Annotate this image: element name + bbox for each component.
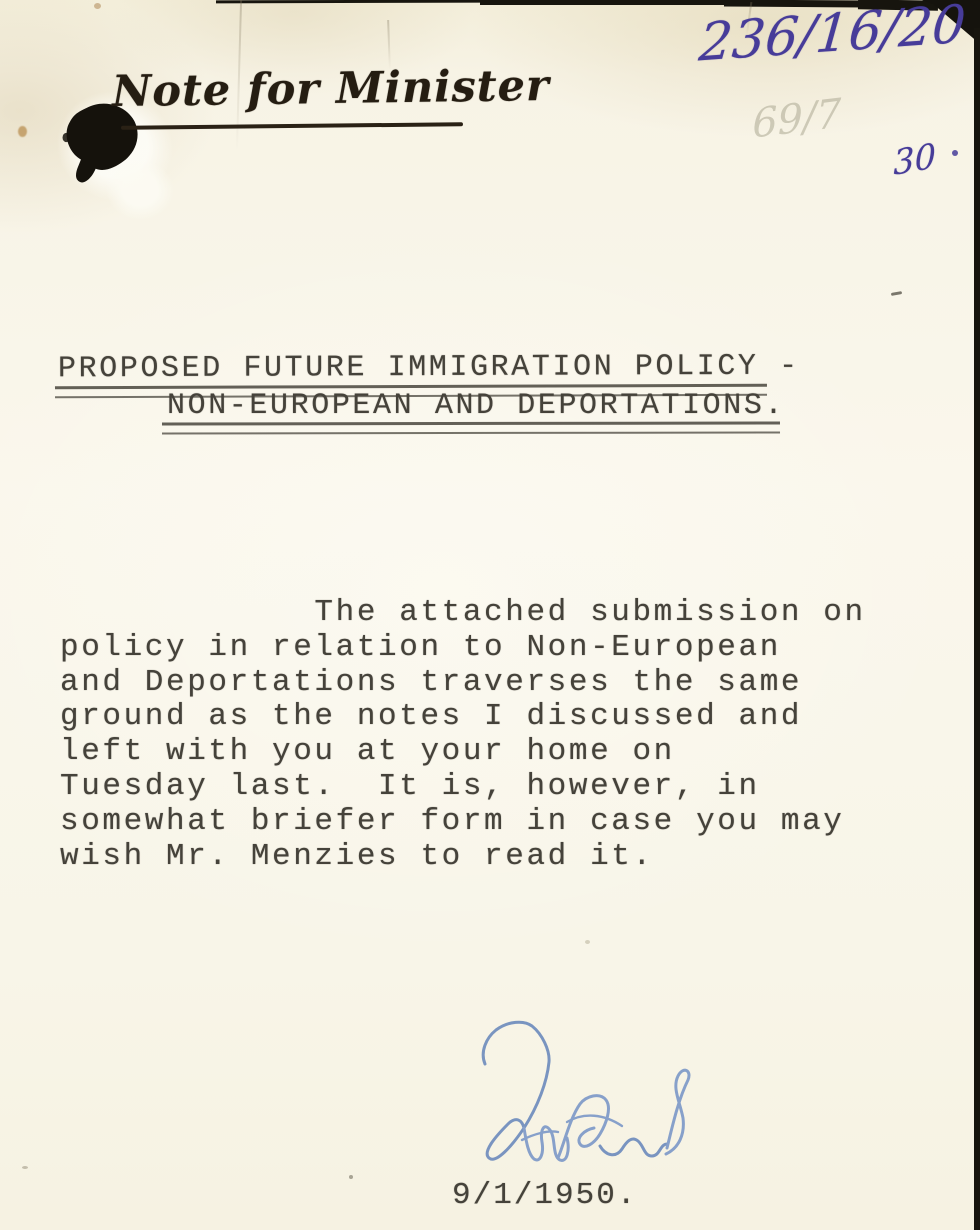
scan-edge-top: [480, 0, 730, 5]
document-date: 9/1/1950.: [452, 1178, 637, 1213]
ink-dot: [952, 150, 958, 156]
pen-mark: [891, 291, 902, 296]
scanned-document-page: Note for Minister 236/16/20 69/7 30 PROP…: [0, 0, 980, 1230]
handwritten-file-reference: 236/16/20: [697, 0, 968, 74]
title-underline: [162, 421, 780, 434]
letterhead-title: Note for Minister: [112, 61, 550, 117]
document-title-line1: PROPOSED FUTURE IMMIGRATION POLICY -: [58, 350, 800, 387]
speck: [22, 1166, 28, 1169]
speck: [585, 940, 590, 944]
document-title-line2: NON-EUROPEAN AND DEPORTATIONS.: [167, 389, 785, 423]
scan-edge-right: [974, 28, 980, 1230]
faint-pencil-reference: 69/7: [752, 90, 842, 147]
scan-edge-top: [216, 0, 486, 3]
signature: [452, 1008, 752, 1178]
handwritten-note-30: 30: [893, 136, 936, 184]
foxing-spot: [18, 126, 27, 137]
foxing-spot: [94, 3, 101, 9]
speck: [349, 1175, 353, 1179]
document-body: The attached submission on policy in rel…: [60, 596, 866, 874]
